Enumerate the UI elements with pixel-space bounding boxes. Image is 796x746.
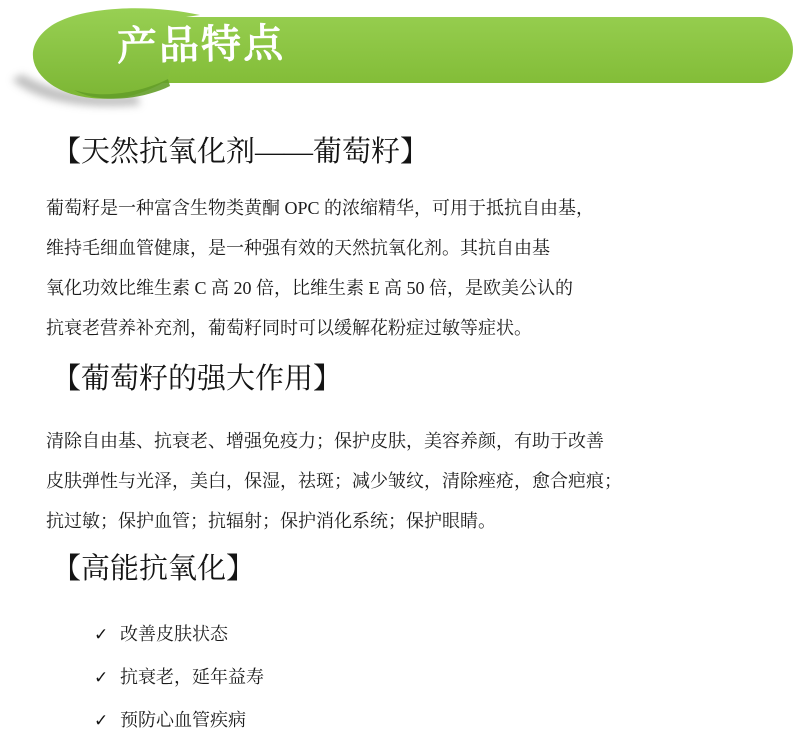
benefit-checklist: ✓改善皮肤状态 ✓抗衰老，延年益寿 ✓预防心血管疾病 <box>94 613 796 742</box>
checklist-item-label: 抗衰老，延年益寿 <box>120 667 264 687</box>
section-grape-seed-effects: 【葡萄籽的强大作用】 清除自由基、抗衰老、增强免疫力；保护皮肤，美容养颜，有助于… <box>0 360 796 541</box>
section-natural-antioxidant: 【天然抗氧化剂——葡萄籽】 葡萄籽是一种富含生物类黄酮 OPC 的浓缩精华，可用… <box>0 133 796 348</box>
checkmark-icon: ✓ <box>94 614 120 656</box>
paragraph: 清除自由基、抗衰老、增强免疫力；保护皮肤，美容养颜，有助于改善 皮肤弹性与光泽，… <box>46 421 796 541</box>
checklist-item: ✓预防心血管疾病 <box>94 699 796 742</box>
section-high-antioxidant: 【高能抗氧化】 ✓改善皮肤状态 ✓抗衰老，延年益寿 ✓预防心血管疾病 <box>0 550 796 742</box>
section-heading: 【天然抗氧化剂——葡萄籽】 <box>52 133 796 171</box>
checklist-item-label: 预防心血管疾病 <box>120 710 246 730</box>
section-heading: 【葡萄籽的强大作用】 <box>52 360 796 398</box>
banner-title: 产品特点 <box>117 21 286 69</box>
paragraph-line: 葡萄籽是一种富含生物类黄酮 OPC 的浓缩精华，可用于抵抗自由基， <box>46 188 796 228</box>
paragraph-line: 清除自由基、抗衰老、增强免疫力；保护皮肤，美容养颜，有助于改善 <box>46 421 796 461</box>
paragraph-line: 氧化功效比维生素 C 高 20 倍，比维生素 E 高 50 倍，是欧美公认的 <box>46 268 796 308</box>
paragraph-line: 抗过敏；保护血管；抗辐射；保护消化系统；保护眼睛。 <box>46 501 796 541</box>
paragraph: 葡萄籽是一种富含生物类黄酮 OPC 的浓缩精华，可用于抵抗自由基， 维持毛细血管… <box>46 188 796 348</box>
checklist-item-label: 改善皮肤状态 <box>120 624 228 644</box>
paragraph-line: 抗衰老营养补充剂，葡萄籽同时可以缓解花粉症过敏等症状。 <box>46 308 796 348</box>
section-heading: 【高能抗氧化】 <box>52 550 796 588</box>
checkmark-icon: ✓ <box>94 700 120 742</box>
checklist-item: ✓抗衰老，延年益寿 <box>94 656 796 699</box>
product-feature-page: { "banner": { "title": "产品特点", "colors":… <box>0 0 796 746</box>
paragraph-line: 维持毛细血管健康，是一种强有效的天然抗氧化剂。其抗自由基 <box>46 228 796 268</box>
paragraph-line: 皮肤弹性与光泽，美白，保湿，祛斑；减少皱纹，清除痤疮，愈合疤痕； <box>46 461 796 501</box>
checklist-item: ✓改善皮肤状态 <box>94 613 796 656</box>
checkmark-icon: ✓ <box>94 657 120 699</box>
ribbon-banner: 产品特点 <box>0 0 796 125</box>
